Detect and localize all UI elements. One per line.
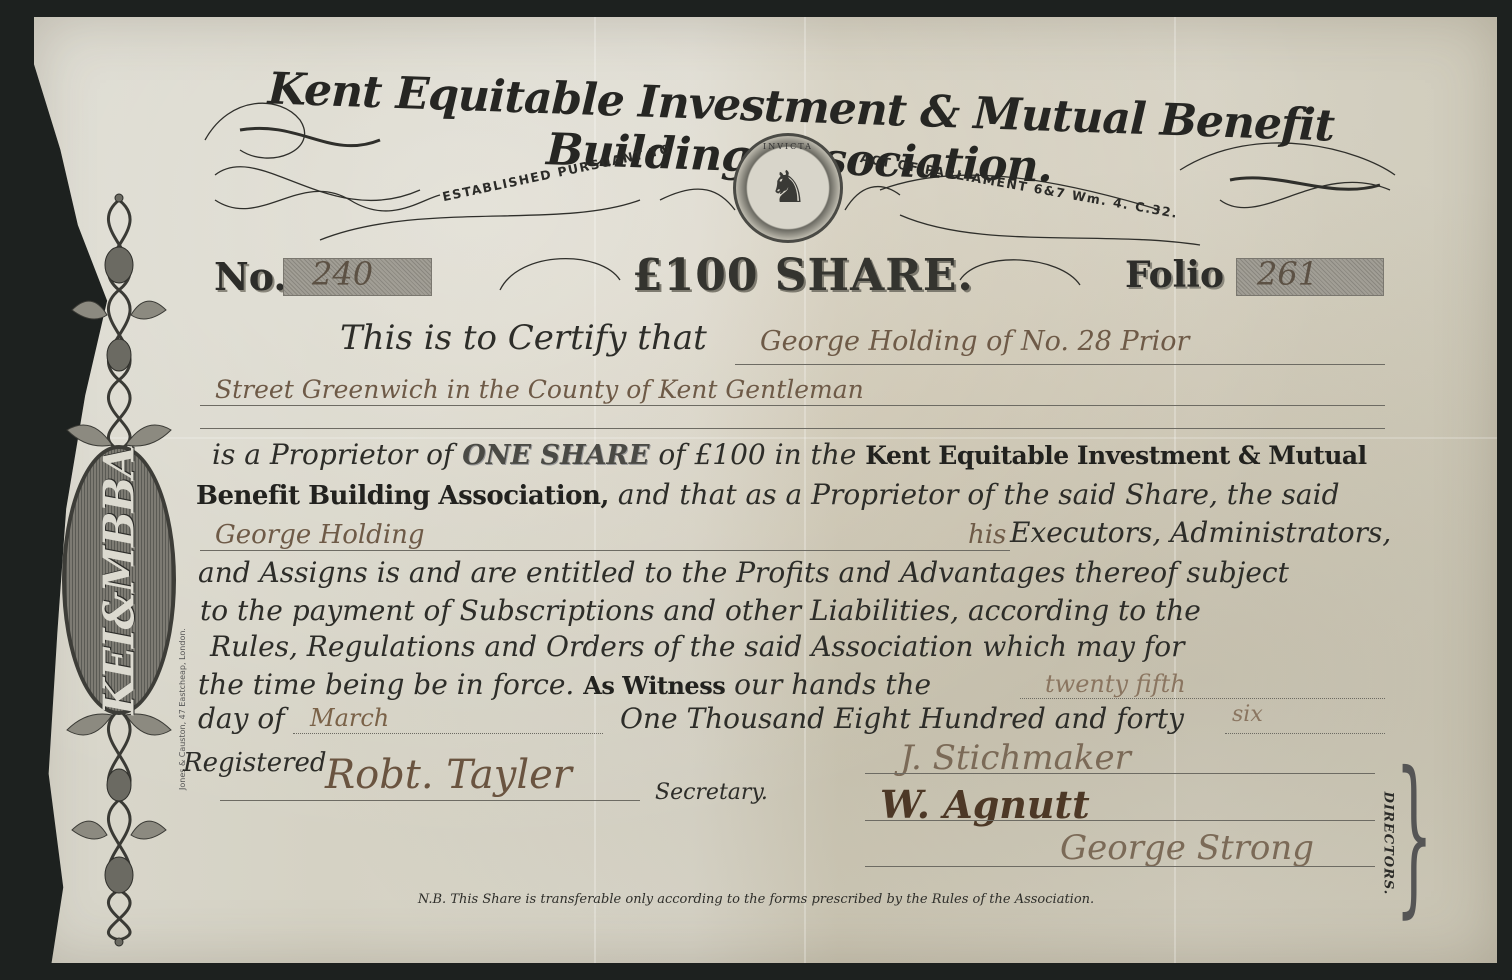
holder-name-repeat: George Holding [215, 520, 425, 550]
signature-line [865, 773, 1375, 774]
witness-text: As Witness [583, 671, 725, 700]
day-handwritten: twenty fifth [1045, 670, 1186, 698]
rearing-horse-icon: ♞ [768, 166, 807, 210]
director-signature-3: George Strong [1060, 828, 1314, 868]
body-line-8: Rules, Regulations and Orders of the sai… [210, 630, 1184, 663]
folio-field: 261 [1236, 258, 1384, 296]
year-handwritten: six [1232, 702, 1263, 727]
folio-number: 261 [1257, 255, 1318, 293]
number-field: 240 [283, 258, 432, 296]
body-line-4: Benefit Building Association, and that a… [196, 478, 1340, 511]
certificate-number: 240 [312, 255, 373, 293]
monogram-oval: KEI&MBBA [62, 445, 176, 715]
body-line-9: the time being be in force. As Witness o… [198, 668, 931, 701]
association-name-inline: Benefit Building Association, [196, 481, 609, 511]
directors-label: DIRECTORS. [1381, 791, 1396, 895]
director-signature-1: J. Stichmaker [900, 738, 1131, 778]
month-handwritten: March [310, 704, 389, 732]
signature-line [220, 800, 640, 801]
fill-line [1020, 698, 1385, 699]
transfer-note: N.B. This Share is transferable only acc… [0, 892, 1512, 907]
body-line-7: to the payment of Subscriptions and othe… [200, 594, 1201, 627]
fill-line [200, 405, 1385, 406]
invicta-seal: INVICTA ♞ [733, 133, 843, 243]
fill-line [200, 550, 1010, 551]
folio-label: Folio [1125, 254, 1224, 296]
body-text: and that as a Proprietor of the said Sha… [618, 478, 1340, 511]
ornamental-vignette: KEI&MBBA [62, 190, 192, 950]
body-text: Executors, Administrators, [1010, 516, 1391, 549]
fill-line [200, 428, 1385, 429]
association-name-inline: Kent Equitable Investment & Mutual [865, 441, 1366, 470]
fill-line [1225, 733, 1385, 734]
certify-heading: This is to Certify that [340, 318, 707, 358]
monogram: KEI&MBBA [95, 446, 144, 714]
body-text: of £100 in the [658, 438, 856, 471]
secretary-label: Secretary. [655, 780, 768, 805]
body-line-6: and Assigns is and are entitled to the P… [198, 556, 1289, 589]
seal-motto: INVICTA [736, 142, 840, 151]
pronoun-handwritten: his [968, 520, 1006, 550]
number-label: No. [214, 254, 287, 299]
body-text: is a Proprietor of [212, 438, 453, 471]
fill-line [293, 733, 603, 734]
holder-address-continued: Street Greenwich in the County of Kent G… [215, 375, 864, 404]
day-of-label: day of [198, 702, 285, 735]
body-line-3: is a Proprietor of ONE SHARE of £100 in … [212, 438, 1367, 471]
body-text: the time being be in force. [198, 668, 574, 701]
fill-line [735, 364, 1385, 365]
holder-name-address: George Holding of No. 28 Prior [760, 326, 1189, 357]
share-title: £100 SHARE. [632, 250, 974, 301]
secretary-signature: Robt. Tayler [325, 752, 572, 798]
registered-label: Registered [183, 748, 327, 778]
body-text: our hands the [734, 668, 931, 701]
signature-line [865, 820, 1375, 821]
year-printed: One Thousand Eight Hundred and forty [620, 702, 1184, 735]
signature-line [865, 866, 1375, 867]
one-share-text: ONE SHARE [462, 440, 649, 471]
